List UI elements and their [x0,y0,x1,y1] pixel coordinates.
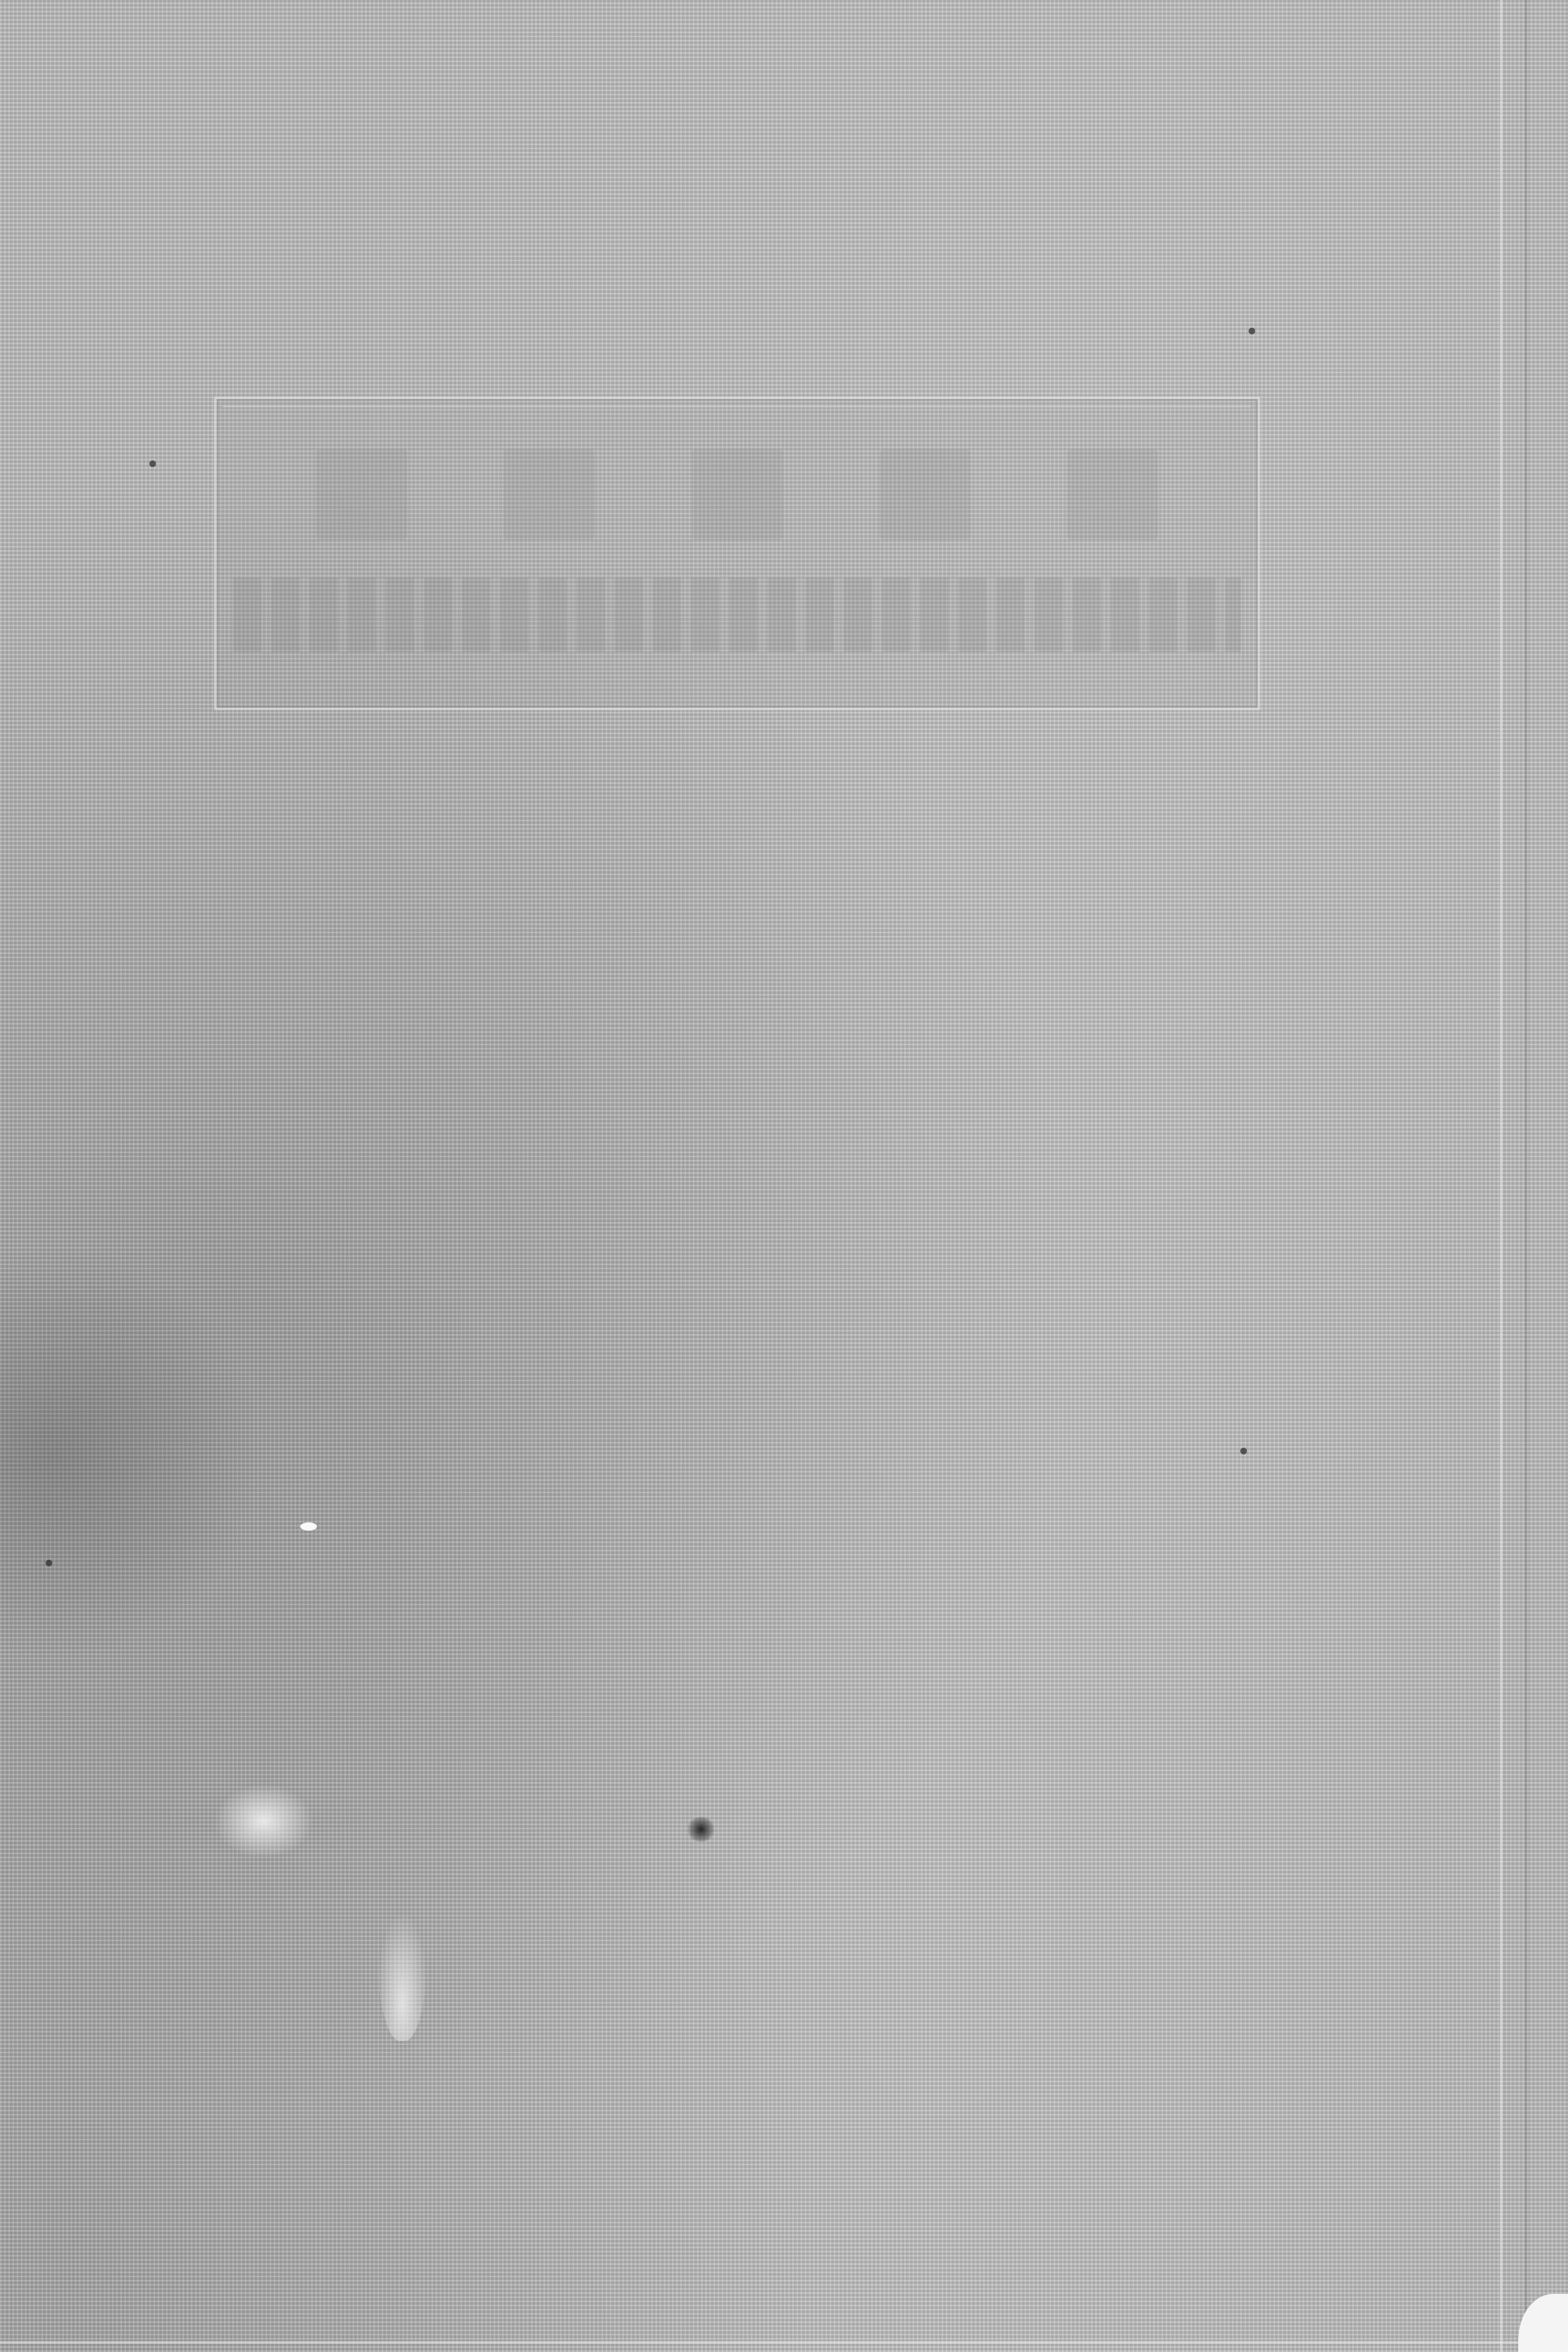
dark-spot [687,1817,715,1842]
title-glyph [879,449,971,540]
title-plate [214,397,1260,710]
small-spot [1240,1448,1247,1454]
subtitle-text-band [233,577,1241,652]
title-glyph [504,449,595,540]
spine-crease-line [1500,0,1502,2352]
title-glyph [1067,449,1158,540]
spine-crease-shadow [1525,0,1527,2352]
title-glyph-row [316,449,1158,548]
shadow-area [0,1244,265,1659]
light-stain [214,1784,314,1858]
white-fleck [300,1522,317,1531]
small-spot [149,460,156,467]
title-glyph [316,449,407,540]
book-cover [0,0,1568,2352]
drop-stain [377,1916,427,2041]
bottom-edge-line [0,2341,1568,2344]
small-spot [1249,328,1255,334]
title-glyph [692,449,783,540]
small-spot [46,1560,52,1566]
